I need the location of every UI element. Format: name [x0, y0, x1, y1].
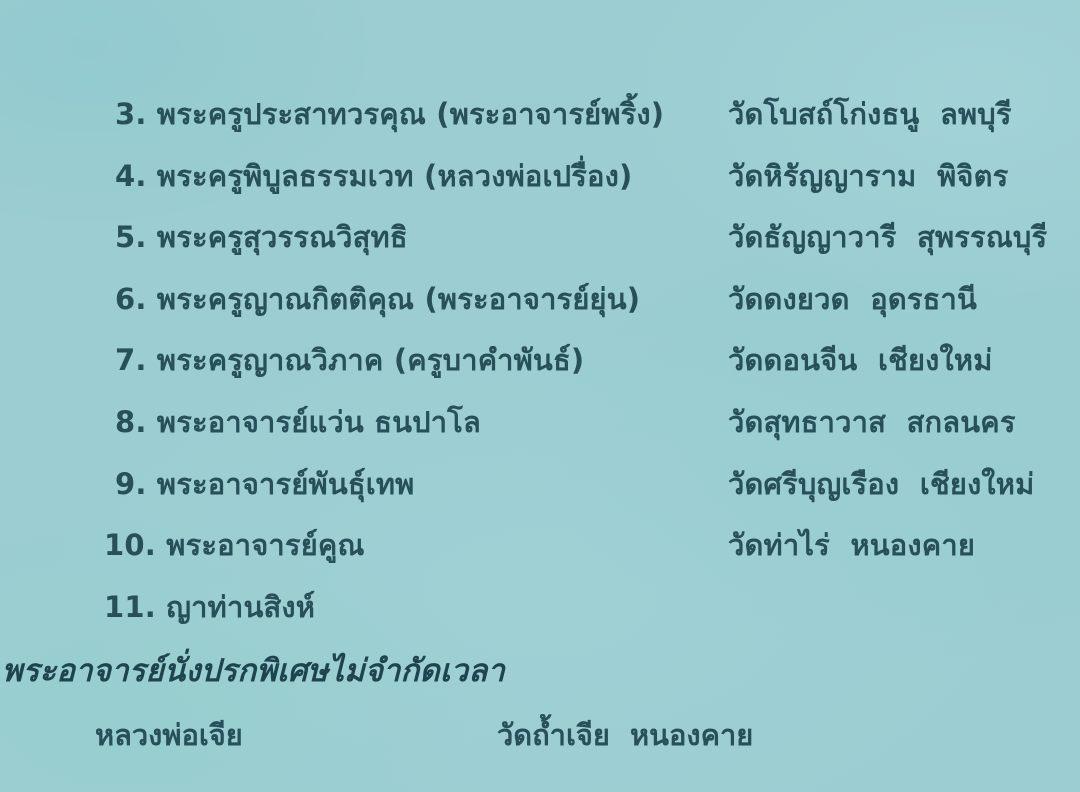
list-item: 3. พระครูประสาทวรคุณ (พระอาจารย์พริ้ง) ว…	[0, 84, 1080, 146]
scanned-page: 3. พระครูประสาทวรคุณ (พระอาจารย์พริ้ง) ว…	[0, 0, 1080, 792]
list-item: 10. พระอาจารย์คูณ วัดท่าไร่ หนองคาย	[0, 515, 1080, 577]
temple-name: วัดดอนจีน เชียงใหม่	[728, 340, 993, 380]
list-item: 5. พระครูสุวรรณวิสุทธิ วัดธัญญาวารี สุพร…	[0, 207, 1080, 269]
monk-entry: 5. พระครูสุวรรณวิสุทธิ	[115, 217, 408, 257]
list-item: 8. พระอาจารย์แว่น ธนปาโล วัดสุทธาวาส สกล…	[0, 392, 1080, 454]
footer-list-item: หลวงพ่อเจีย วัดถ้ำเจีย หนองคาย	[0, 712, 1080, 756]
monk-entry: 11. ญาท่านสิงห์	[104, 587, 315, 627]
temple-name: วัดหิรัญญาราม พิจิตร	[728, 156, 1008, 196]
list-item: 11. ญาท่านสิงห์	[0, 577, 1080, 639]
temple-name: วัดถ้ำเจีย หนองคาย	[497, 712, 753, 758]
temple-name: วัดดงยวด อุดรธานี	[728, 279, 977, 319]
monk-entry: 10. พระอาจารย์คูณ	[104, 525, 365, 565]
list-item: 6. พระครูญาณกิตติคุณ (พระอาจารย์ยุ่น) วั…	[0, 269, 1080, 331]
temple-name: วัดท่าไร่ หนองคาย	[728, 525, 975, 565]
monk-entry: 3. พระครูประสาทวรคุณ (พระอาจารย์พริ้ง)	[115, 94, 664, 134]
temple-name: วัดศรีบุญเรือง เชียงใหม่	[728, 464, 1034, 504]
monk-entry: 8. พระอาจารย์แว่น ธนปาโล	[115, 402, 481, 442]
monk-entry: 7. พระครูญาณวิภาค (ครูบาคำพันธ์)	[115, 340, 584, 380]
monk-entry: 4. พระครูพิบูลธรรมเวท (หลวงพ่อเปรื่อง)	[115, 156, 632, 196]
list-item: 7. พระครูญาณวิภาค (ครูบาคำพันธ์) วัดดอนจ…	[0, 330, 1080, 392]
list-item: 4. พระครูพิบูลธรรมเวท (หลวงพ่อเปรื่อง) ว…	[0, 146, 1080, 208]
monk-list: 3. พระครูประสาทวรคุณ (พระอาจารย์พริ้ง) ว…	[0, 84, 1080, 638]
monk-name: หลวงพ่อเจีย	[95, 712, 243, 758]
temple-name: วัดสุทธาวาส สกลนคร	[728, 402, 1016, 442]
monk-entry: 9. พระอาจารย์พันธุ์เทพ	[115, 464, 415, 504]
temple-name: วัดโบสถ์โก่งธนู ลพบุรี	[728, 94, 1012, 134]
special-section-heading: พระอาจารย์นั่งปรกพิเศษไม่จำกัดเวลา	[2, 645, 505, 695]
monk-entry: 6. พระครูญาณกิตติคุณ (พระอาจารย์ยุ่น)	[115, 279, 640, 319]
list-item: 9. พระอาจารย์พันธุ์เทพ วัดศรีบุญเรือง เช…	[0, 454, 1080, 516]
temple-name: วัดธัญญาวารี สุพรรณบุรี	[728, 217, 1047, 257]
